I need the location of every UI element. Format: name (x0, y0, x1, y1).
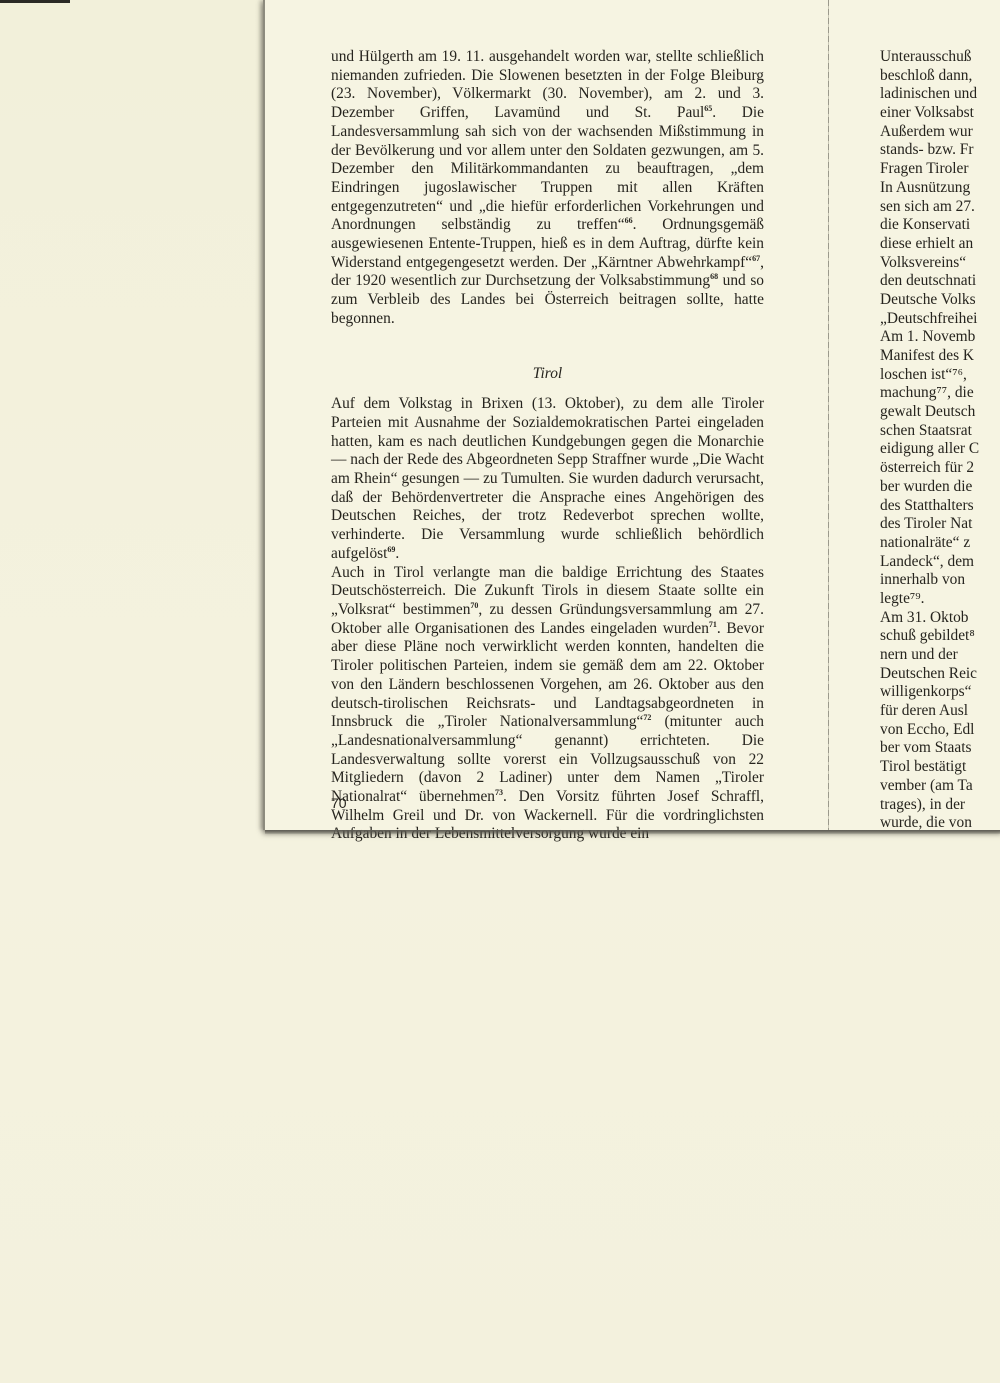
text-line: sen sich am 27. (880, 198, 1000, 217)
text-line: „Deutschfreihei (880, 310, 1000, 329)
page-number: 70 (331, 795, 347, 811)
footnote-ref-66: 66 (625, 216, 633, 225)
text-run: . (395, 545, 399, 562)
text-line: Manifest des K (880, 347, 1000, 366)
section-heading-tirol: Tirol (331, 365, 764, 384)
footnote-ref-67: 67 (752, 254, 760, 263)
text-line: nationalräte“ z (880, 534, 1000, 553)
text-line: eidigung aller C (880, 440, 1000, 459)
text-line: legte⁷⁹. (880, 590, 1000, 609)
text-line: Am 1. Novemb (880, 328, 1000, 347)
text-line: Fragen Tiroler (880, 160, 1000, 179)
text-line: trages), in der (880, 796, 1000, 815)
text-run: und Hülgerth am 19. 11. ausgehandelt wor… (331, 48, 764, 121)
text-line: Tirol bestätigt (880, 758, 1000, 777)
text-line: schuß gebildet⁸ (880, 627, 1000, 646)
text-line: ber vom Staats (880, 739, 1000, 758)
text-line: Deutschen Reic (880, 665, 1000, 684)
footnote-ref-71: 71 (709, 620, 717, 629)
text-line: des Statthalters (880, 497, 1000, 516)
text-line: schen Staatsrat (880, 422, 1000, 441)
text-line: gewalt Deutsch (880, 403, 1000, 422)
paragraph-volksrat: Auch in Tirol verlangte man die baldige … (331, 564, 764, 845)
text-line: des Tiroler Nat (880, 515, 1000, 534)
text-line: willigenkorps“ (880, 683, 1000, 702)
footnote-ref-68: 68 (710, 272, 718, 281)
right-text-column-cropped: Unterausschuß beschloß dann, ladinischen… (880, 48, 1000, 833)
text-run: . Die Landesversammlung sah sich von der… (331, 104, 764, 233)
text-line: für deren Ausl (880, 702, 1000, 721)
text-line: Deutsche Volks (880, 291, 1000, 310)
scan-edge (0, 0, 70, 3)
text-line: Unterausschuß (880, 48, 1000, 67)
text-line: wurde, die von (880, 814, 1000, 833)
text-run: Auf dem Volkstag in Brixen (13. Oktober)… (331, 395, 764, 562)
text-line: innerhalb von (880, 571, 1000, 590)
text-line: von Eccho, Edl (880, 721, 1000, 740)
text-line: diese erhielt an (880, 235, 1000, 254)
text-line: nern und der (880, 646, 1000, 665)
text-line: Am 31. Oktob (880, 609, 1000, 628)
text-line: stands- bzw. Fr (880, 141, 1000, 160)
text-line: ladinischen und (880, 85, 1000, 104)
text-line: ber wurden die (880, 478, 1000, 497)
text-line: österreich für 2 (880, 459, 1000, 478)
text-line: Außerdem wur (880, 123, 1000, 142)
text-line: den deutschnati (880, 272, 1000, 291)
footnote-ref-73: 73 (495, 788, 503, 797)
text-line: vember (am Ta (880, 777, 1000, 796)
paragraph-brixen: Auf dem Volkstag in Brixen (13. Oktober)… (331, 395, 764, 563)
text-line: In Ausnützung (880, 179, 1000, 198)
text-line: machung⁷⁷, die (880, 384, 1000, 403)
left-text-column: und Hülgerth am 19. 11. ausgehandelt wor… (331, 48, 764, 844)
text-line: Volksvereins“ (880, 254, 1000, 273)
paragraph-kaernten: und Hülgerth am 19. 11. ausgehandelt wor… (331, 48, 764, 329)
book-page: und Hülgerth am 19. 11. ausgehandelt wor… (263, 0, 1000, 830)
text-line: beschloß dann, (880, 67, 1000, 86)
text-line: die Konservati (880, 216, 1000, 235)
text-line: loschen ist“⁷⁶, (880, 366, 1000, 385)
text-line: einer Volksabst (880, 104, 1000, 123)
text-line: Landeck“, dem (880, 553, 1000, 572)
page-gutter-divider (828, 0, 829, 830)
